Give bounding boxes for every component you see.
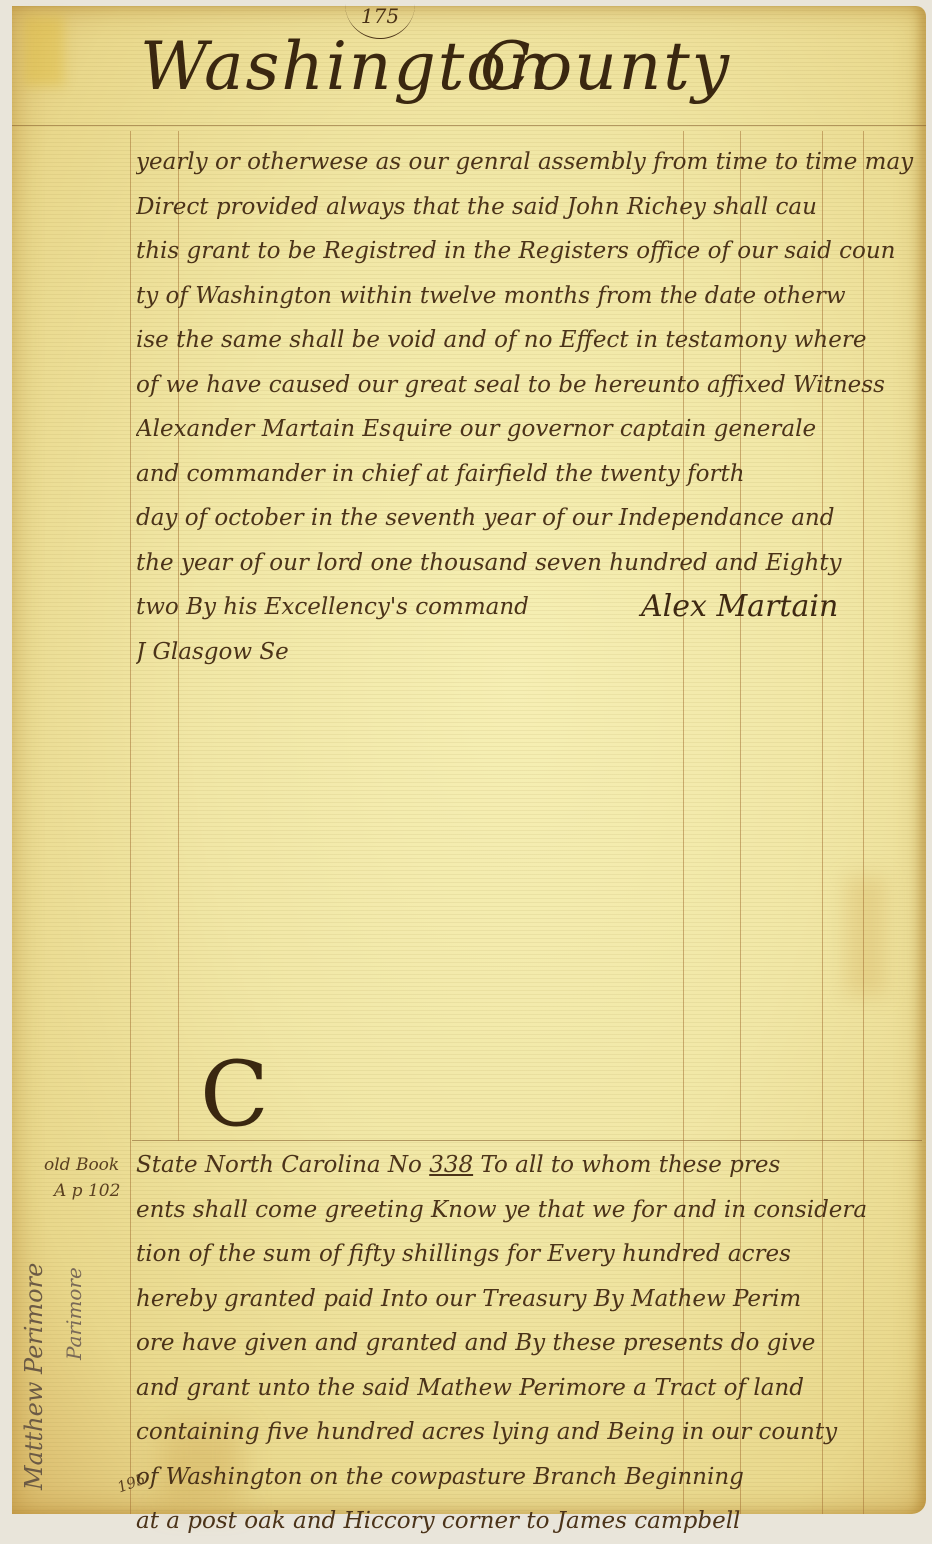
text-line: yearly or otherwese as our genral assemb…: [136, 140, 926, 185]
secretary-signature: J Glasgow Se: [136, 630, 926, 675]
grant-header-line: State North Carolina No 338 To all to wh…: [136, 1143, 926, 1188]
section-initial: C: [200, 1050, 269, 1140]
text-line: ise the same shall be void and of no Eff…: [136, 318, 926, 363]
reference-book: old Book: [44, 1152, 134, 1178]
grant-state: State North Carolina No: [136, 1152, 422, 1178]
grantee-name-margin: Matthew Perimore: [20, 1263, 48, 1490]
text-line: containing five hundred acres lying and …: [136, 1410, 926, 1455]
header-rule: [12, 125, 926, 126]
text-line: the year of our lord one thousand seven …: [136, 541, 926, 586]
text-line: and commander in chief at fairfield the …: [136, 452, 926, 497]
text-line: hereby granted paid Into our Treasury By…: [136, 1277, 926, 1322]
text-line: ents shall come greeting Know ye that we…: [136, 1188, 926, 1233]
grantee-name-alt-margin: Parimore: [62, 1267, 86, 1360]
text-line: tion of the sum of fifty shillings for E…: [136, 1232, 926, 1277]
text-line: ore have given and granted and By these …: [136, 1321, 926, 1366]
grant-number: 338: [429, 1152, 473, 1178]
heading-county-label: County: [480, 28, 731, 105]
text-line: Direct provided always that the said Joh…: [136, 185, 926, 230]
governor-signature: Alex Martain: [641, 585, 838, 630]
command-text: two By his Excellency's command: [136, 594, 529, 620]
paper-stain: [24, 16, 64, 86]
text-line: at a post oak and Hiccory corner to Jame…: [136, 1499, 926, 1524]
text-line: this grant to be Registred in the Regist…: [136, 229, 926, 274]
margin-reference: old Book A p 102: [44, 1152, 134, 1204]
text-line: of Washington on the cowpasture Branch B…: [136, 1455, 926, 1500]
grant-salutation: To all to whom these pres: [480, 1152, 780, 1178]
upper-entry: yearly or otherwese as our genral assemb…: [136, 140, 926, 674]
text-line: day of october in the seventh year of ou…: [136, 496, 926, 541]
text-line: of we have caused our great seal to be h…: [136, 363, 926, 408]
text-line: ty of Washington within twelve months fr…: [136, 274, 926, 319]
margin-rule: [130, 131, 131, 1514]
lower-entry: State North Carolina No 338 To all to wh…: [136, 1143, 926, 1524]
reference-page: A p 102: [44, 1178, 134, 1204]
text-line: and grant unto the said Mathew Perimore …: [136, 1366, 926, 1411]
text-line: Alexander Martain Esquire our governor c…: [136, 407, 926, 452]
paper-stain: [846, 876, 886, 996]
signature-line: two By his Excellency's command Alex Mar…: [136, 585, 926, 630]
